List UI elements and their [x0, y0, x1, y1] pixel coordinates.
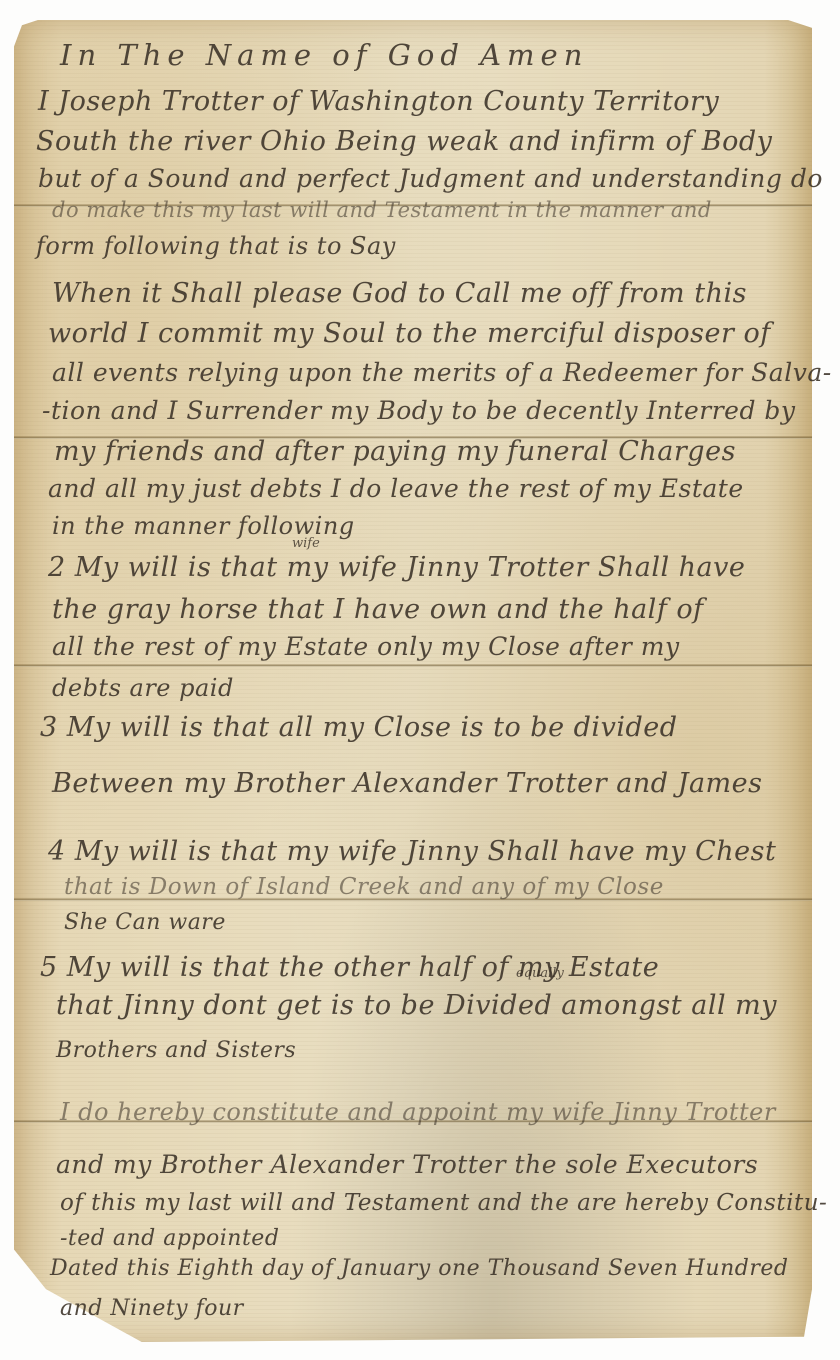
text-line: Between my Brother Alexander Trotter and… — [52, 768, 763, 799]
text-line: 2 My will is that my wife Jinny Trotter … — [48, 552, 745, 583]
text-line: world I commit my Soul to the merciful d… — [48, 318, 771, 349]
text-line: I do hereby constitute and appoint my wi… — [60, 1098, 776, 1126]
text-line: that is Down of Island Creek and any of … — [64, 874, 664, 900]
text-line: She Can ware — [64, 910, 226, 935]
text-line: debts are paid — [52, 674, 234, 702]
text-line: When it Shall please God to Call me off … — [52, 278, 747, 309]
text-line: and my Brother Alexander Trotter the sol… — [56, 1150, 758, 1179]
text-line: the gray horse that I have own and the h… — [52, 594, 704, 625]
interlinear-insert: equally — [516, 966, 564, 981]
text-line: 5 My will is that the other half of my E… — [40, 952, 659, 983]
text-line: 4 My will is that my wife Jinny Shall ha… — [48, 836, 776, 867]
date-line: Dated this Eighth day of January one Tho… — [50, 1256, 788, 1281]
handwritten-text: In The Name of God Amen I Joseph Trotter… — [0, 0, 840, 1360]
text-line: I Joseph Trotter of Washington County Te… — [38, 86, 719, 117]
text-line: all the rest of my Estate only my Close … — [52, 632, 680, 661]
text-line: but of a Sound and perfect Judgment and … — [38, 164, 823, 193]
text-line: 3 My will is that all my Close is to be … — [40, 712, 678, 743]
text-line: South the river Ohio Being weak and infi… — [36, 126, 772, 157]
text-line: form following that is to Say — [36, 232, 396, 260]
text-line: that Jinny dont get is to be Divided amo… — [56, 990, 777, 1021]
text-line: do make this my last will and Testament … — [52, 198, 712, 222]
text-line: -tion and I Surrender my Body to be dece… — [42, 396, 796, 425]
interlinear-insert: wife — [292, 536, 320, 551]
text-line: -ted and appointed — [60, 1226, 279, 1251]
text-line: Brothers and Sisters — [56, 1038, 296, 1063]
heading-line: In The Name of God Amen — [60, 38, 588, 72]
text-line: and all my just debts I do leave the res… — [48, 474, 744, 503]
text-line: all events relying upon the merits of a … — [52, 358, 832, 387]
text-line: my friends and after paying my funeral C… — [54, 436, 736, 467]
date-line: and Ninety four — [60, 1296, 244, 1321]
text-line: of this my last will and Testament and t… — [60, 1190, 827, 1216]
